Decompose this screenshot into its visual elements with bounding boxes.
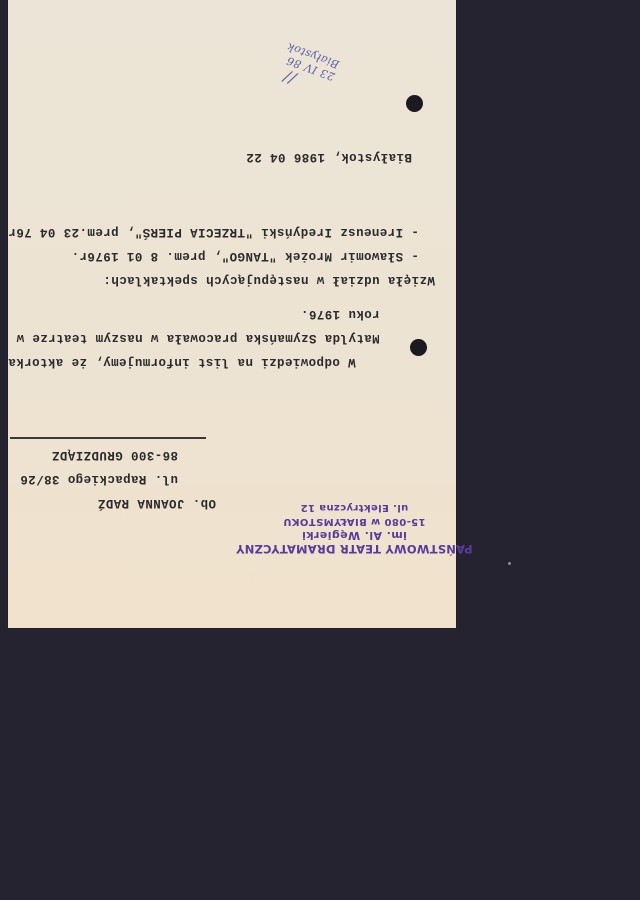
punch-hole-middle xyxy=(410,339,427,356)
performance-list: Wzięła udział w następujących spektaklac… xyxy=(8,220,435,292)
performance-item: - Ireneusz Iredyński "TRZECIA PIERŚ", pr… xyxy=(8,220,435,244)
body-line: W odpowiedzi na list informujemy, że akt… xyxy=(8,350,380,374)
punch-hole-top xyxy=(406,95,423,112)
stamp-line: ul. Elektryczna 12 xyxy=(236,500,473,514)
address-divider xyxy=(10,437,206,439)
stamp-line: 15-080 w BIAŁYMSTOKU xyxy=(236,514,473,528)
date-line: Białystok, 1986 04 22 xyxy=(246,150,412,164)
body-line: roku 1976. xyxy=(8,302,380,326)
body-line: Matylda Szymańska pracowała w naszym tea… xyxy=(8,326,380,350)
document-page: // 23 IV 86 Białystok Białystok, 1986 04… xyxy=(8,0,456,628)
stamp-line: im. Al. Węgierki xyxy=(236,528,473,542)
performance-item: - Sławomir Mrożek "TANGO", prem. 8 01 19… xyxy=(8,244,435,268)
body-paragraph: W odpowiedzi na list informujemy, że akt… xyxy=(8,302,380,374)
performance-item: Wzięła udział w następujących spektaklac… xyxy=(8,268,435,292)
recipient-address: Ob. JOANNA RADŹ ul. Rapackiego 38/26 86-… xyxy=(20,443,216,515)
background-speck xyxy=(508,562,511,565)
recipient-line: 86-300 GRUDZIĄDZ xyxy=(20,443,216,467)
recipient-line: ul. Rapackiego 38/26 xyxy=(20,467,216,491)
handwritten-note: // 23 IV 86 Białystok xyxy=(274,40,341,101)
recipient-line: Ob. JOANNA RADŹ xyxy=(20,491,216,515)
stamp-line: PAŃSTWOWY TEATR DRAMATYCZNY xyxy=(236,542,473,556)
institution-stamp: PAŃSTWOWY TEATR DRAMATYCZNY im. Al. Węgi… xyxy=(236,500,473,556)
